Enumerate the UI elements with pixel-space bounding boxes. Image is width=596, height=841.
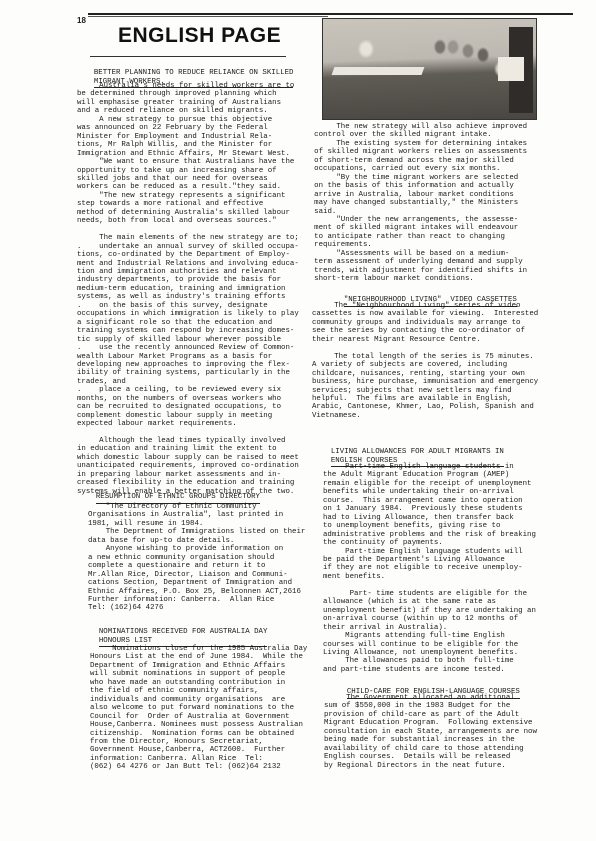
article-skilled-workers-body-right: The new strategy will also achieve impro… — [292, 123, 527, 284]
photo-board — [498, 57, 524, 81]
photo-desk — [332, 67, 425, 75]
article-living-allowances-body: Part-time English language students in t… — [323, 463, 536, 674]
top-rule-thin — [88, 16, 328, 17]
article-ethnic-directory-body: "The Directory of Ethnic Community Organ… — [88, 503, 305, 613]
classroom-photo — [322, 18, 537, 120]
article-ethnic-directory-heading: RESUMPTION OF ETHNIC GROUPS DIRECTORY — [87, 485, 260, 504]
title-rule — [90, 56, 286, 57]
article-video-cassettes-body: The "Neighbourhood Living" series of vid… — [312, 302, 538, 420]
page-number: 18 — [77, 16, 86, 25]
article-honours-heading: NOMINATIONS RECEIVED FOR AUSTRALIA DAY H… — [90, 620, 267, 647]
article-skilled-workers-body-left: Australia's needs for skilled workers ar… — [77, 82, 299, 496]
article-honours-body: Nominations close for the 1985 Australia… — [90, 645, 307, 772]
page-title: ENGLISH PAGE — [118, 24, 281, 48]
article-child-care-body: The Government allocated an additional s… — [324, 694, 537, 770]
top-rule — [88, 13, 573, 15]
